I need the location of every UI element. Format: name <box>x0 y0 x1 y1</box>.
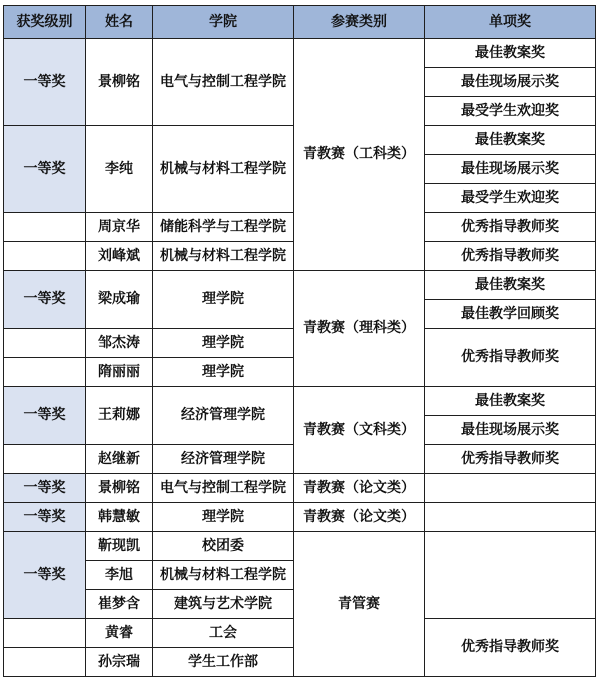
cell-college: 机械与材料工程学院 <box>153 126 294 213</box>
cell-name: 赵继新 <box>86 445 153 474</box>
cell-college: 学生工作部 <box>153 648 294 677</box>
cell-award: 最受学生欢迎奖 <box>425 97 596 126</box>
cell-name: 周京华 <box>86 213 153 242</box>
header-row: 获奖级别 姓名 学院 参赛类别 单项奖 <box>4 6 596 39</box>
cell-award: 最佳现场展示奖 <box>425 155 596 184</box>
cell-award: 最佳现场展示奖 <box>425 68 596 97</box>
cell-level <box>4 329 86 358</box>
cell-level: 一等奖 <box>4 387 86 445</box>
cell-name: 邹杰涛 <box>86 329 153 358</box>
cell-level <box>4 445 86 474</box>
award-table-page: 获奖级别 姓名 学院 参赛类别 单项奖 一等奖景柳铭电气与控制工程学院青教赛（工… <box>0 0 602 680</box>
cell-college: 理学院 <box>153 271 294 329</box>
cell-college: 理学院 <box>153 503 294 532</box>
cell-level <box>4 213 86 242</box>
table-row: 一等奖景柳铭电气与控制工程学院青教赛（论文类） <box>4 474 596 503</box>
table-row: 一等奖王莉娜经济管理学院青教赛（文科类）最佳教案奖 <box>4 387 596 416</box>
cell-name: 隋丽丽 <box>86 358 153 387</box>
cell-level <box>4 619 86 648</box>
table-row: 一等奖韩慧敏理学院青教赛（论文类） <box>4 503 596 532</box>
cell-name: 孙宗瑞 <box>86 648 153 677</box>
cell-award: 优秀指导教师奖 <box>425 329 596 387</box>
cell-level <box>4 358 86 387</box>
cell-level: 一等奖 <box>4 39 86 126</box>
cell-award: 最佳教案奖 <box>425 387 596 416</box>
cell-award: 最受学生欢迎奖 <box>425 184 596 213</box>
cell-award: 优秀指导教师奖 <box>425 242 596 271</box>
cell-college: 校团委 <box>153 532 294 561</box>
cell-category: 青教赛（论文类） <box>294 503 425 532</box>
cell-college: 理学院 <box>153 329 294 358</box>
cell-award: 优秀指导教师奖 <box>425 445 596 474</box>
cell-award: 优秀指导教师奖 <box>425 619 596 677</box>
table-row: 一等奖梁成瑜理学院青教赛（理科类）最佳教案奖 <box>4 271 596 300</box>
cell-award: 最佳教案奖 <box>425 271 596 300</box>
cell-name: 王莉娜 <box>86 387 153 445</box>
cell-level: 一等奖 <box>4 474 86 503</box>
cell-award: 最佳教案奖 <box>425 39 596 68</box>
cell-name: 李旭 <box>86 561 153 590</box>
header-category: 参赛类别 <box>294 6 425 39</box>
cell-level: 一等奖 <box>4 126 86 213</box>
awards-table-body: 一等奖景柳铭电气与控制工程学院青教赛（工科类）最佳教案奖最佳现场展示奖最受学生欢… <box>4 39 596 677</box>
table-row: 一等奖景柳铭电气与控制工程学院青教赛（工科类）最佳教案奖 <box>4 39 596 68</box>
cell-name: 景柳铭 <box>86 474 153 503</box>
cell-category: 青教赛（工科类） <box>294 39 425 271</box>
cell-award <box>425 503 596 532</box>
header-name: 姓名 <box>86 6 153 39</box>
cell-name: 梁成瑜 <box>86 271 153 329</box>
cell-college: 机械与材料工程学院 <box>153 242 294 271</box>
cell-category: 青管赛 <box>294 532 425 677</box>
cell-level: 一等奖 <box>4 532 86 619</box>
cell-level: 一等奖 <box>4 271 86 329</box>
cell-level <box>4 242 86 271</box>
cell-college: 经济管理学院 <box>153 445 294 474</box>
cell-award <box>425 532 596 619</box>
cell-college: 电气与控制工程学院 <box>153 39 294 126</box>
cell-category: 青教赛（文科类） <box>294 387 425 474</box>
cell-name: 崔梦含 <box>86 590 153 619</box>
cell-name: 韩慧敏 <box>86 503 153 532</box>
cell-college: 电气与控制工程学院 <box>153 474 294 503</box>
cell-college: 理学院 <box>153 358 294 387</box>
awards-table: 获奖级别 姓名 学院 参赛类别 单项奖 一等奖景柳铭电气与控制工程学院青教赛（工… <box>3 5 596 677</box>
table-row: 一等奖靳现凯校团委青管赛 <box>4 532 596 561</box>
cell-name: 黄睿 <box>86 619 153 648</box>
header-college: 学院 <box>153 6 294 39</box>
cell-name: 景柳铭 <box>86 39 153 126</box>
cell-award: 最佳教学回顾奖 <box>425 300 596 329</box>
cell-college: 经济管理学院 <box>153 387 294 445</box>
cell-award: 最佳现场展示奖 <box>425 416 596 445</box>
header-individual-award: 单项奖 <box>425 6 596 39</box>
cell-name: 刘峰斌 <box>86 242 153 271</box>
cell-category: 青教赛（论文类） <box>294 474 425 503</box>
cell-award: 最佳教案奖 <box>425 126 596 155</box>
cell-college: 储能科学与工程学院 <box>153 213 294 242</box>
cell-college: 机械与材料工程学院 <box>153 561 294 590</box>
header-award-level: 获奖级别 <box>4 6 86 39</box>
cell-category: 青教赛（理科类） <box>294 271 425 387</box>
cell-college: 工会 <box>153 619 294 648</box>
cell-level <box>4 648 86 677</box>
cell-level: 一等奖 <box>4 503 86 532</box>
cell-college: 建筑与艺术学院 <box>153 590 294 619</box>
cell-name: 李纯 <box>86 126 153 213</box>
cell-award <box>425 474 596 503</box>
cell-award: 优秀指导教师奖 <box>425 213 596 242</box>
cell-name: 靳现凯 <box>86 532 153 561</box>
